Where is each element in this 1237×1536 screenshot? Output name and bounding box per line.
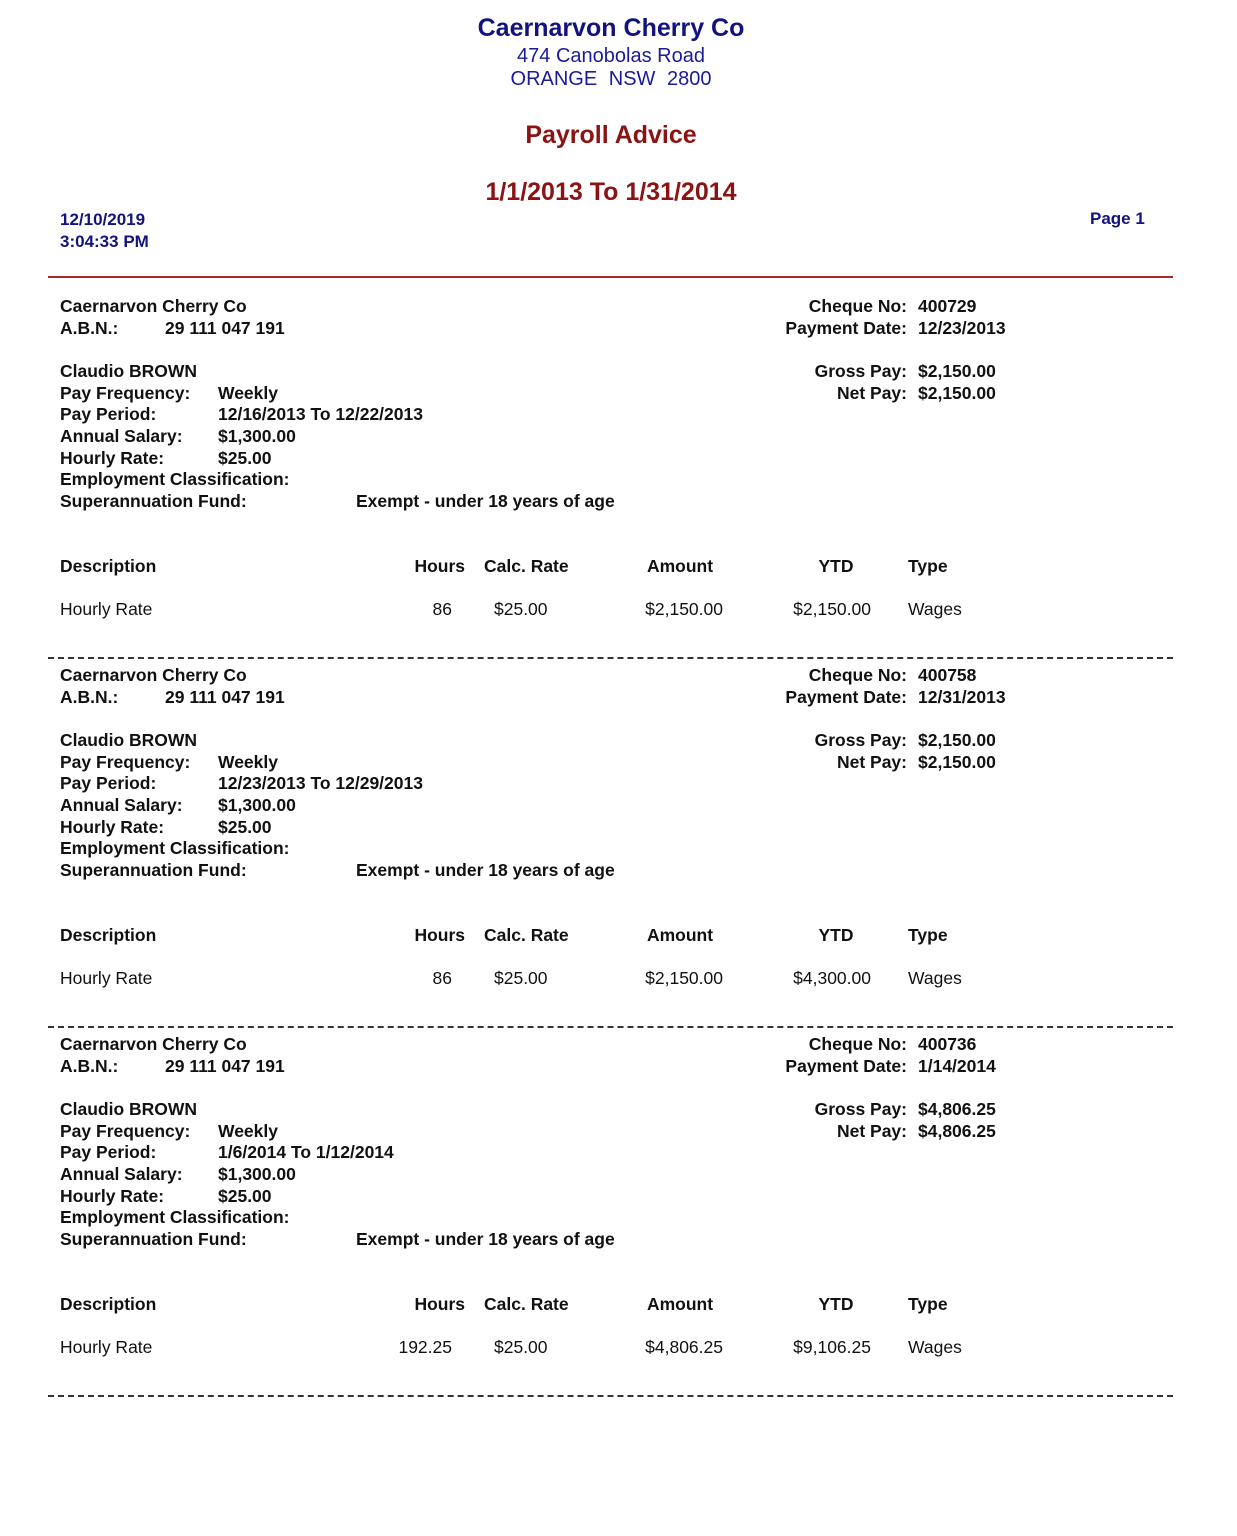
hourly-rate-label: Hourly Rate:	[60, 1186, 164, 1208]
payment-date-value: 12/23/2013	[918, 318, 1006, 340]
cheque-no-value: 400758	[918, 665, 976, 687]
abn-label: A.B.N.:	[60, 1056, 118, 1078]
annual-salary-value: $1,300.00	[218, 1164, 296, 1186]
cheque-no-label: Cheque No:	[809, 1034, 907, 1056]
super-fund-value: Exempt - under 18 years of age	[356, 1229, 615, 1251]
employee-name: Claudio BROWN	[60, 1099, 197, 1121]
section-divider	[48, 1395, 1173, 1397]
pay-frequency-value: Weekly	[218, 1121, 278, 1143]
payment-date-label: Payment Date:	[785, 318, 907, 340]
cheque-no-label: Cheque No:	[809, 665, 907, 687]
section-company: Caernarvon Cherry Co	[60, 665, 247, 687]
line-type: Wages	[908, 1337, 962, 1358]
pay-frequency-label: Pay Frequency:	[60, 1121, 190, 1143]
col-header-description: Description	[60, 1294, 156, 1315]
super-fund-label: Superannuation Fund:	[60, 1229, 247, 1251]
payroll-advice-section: Caernarvon Cherry Co A.B.N.: 29 111 047 …	[0, 0, 1237, 360]
col-header-calc-rate: Calc. Rate	[484, 1294, 569, 1315]
pay-period-value: 1/6/2014 To 1/12/2014	[218, 1142, 394, 1164]
gross-pay-label: Gross Pay:	[815, 1099, 907, 1121]
payroll-advice-section: Caernarvon Cherry Co A.B.N.: 29 111 047 …	[0, 738, 1237, 1098]
line-amount: $4,806.25	[610, 1337, 723, 1358]
cheque-no-value: 400729	[918, 296, 976, 318]
payment-date-label: Payment Date:	[785, 687, 907, 709]
payment-date-value: 1/14/2014	[918, 1056, 996, 1078]
abn-label: A.B.N.:	[60, 318, 118, 340]
col-header-amount: Amount	[620, 1294, 740, 1315]
hourly-rate-value: $25.00	[218, 1186, 272, 1208]
net-pay-label: Net Pay:	[837, 1121, 907, 1143]
payment-date-value: 12/31/2013	[918, 687, 1006, 709]
section-company: Caernarvon Cherry Co	[60, 296, 247, 318]
payment-date-label: Payment Date:	[785, 1056, 907, 1078]
col-header-type: Type	[908, 1294, 948, 1315]
line-ytd: $9,106.25	[760, 1337, 871, 1358]
cheque-no-label: Cheque No:	[809, 296, 907, 318]
col-header-hours: Hours	[395, 1294, 465, 1315]
payroll-advice-section: Caernarvon Cherry Co A.B.N.: 29 111 047 …	[0, 369, 1237, 729]
net-pay-value: $4,806.25	[918, 1121, 996, 1143]
section-company: Caernarvon Cherry Co	[60, 1034, 247, 1056]
abn-value: 29 111 047 191	[165, 1056, 285, 1078]
employment-classification-label: Employment Classification:	[60, 1207, 290, 1229]
pay-period-label: Pay Period:	[60, 1142, 156, 1164]
line-hours: 192.25	[380, 1337, 452, 1358]
abn-value: 29 111 047 191	[165, 318, 285, 340]
abn-label: A.B.N.:	[60, 687, 118, 709]
line-calc-rate: $25.00	[494, 1337, 548, 1358]
line-description: Hourly Rate	[60, 1337, 152, 1358]
abn-value: 29 111 047 191	[165, 687, 285, 709]
col-header-ytd: YTD	[786, 1294, 886, 1315]
annual-salary-label: Annual Salary:	[60, 1164, 183, 1186]
cheque-no-value: 400736	[918, 1034, 976, 1056]
gross-pay-value: $4,806.25	[918, 1099, 996, 1121]
